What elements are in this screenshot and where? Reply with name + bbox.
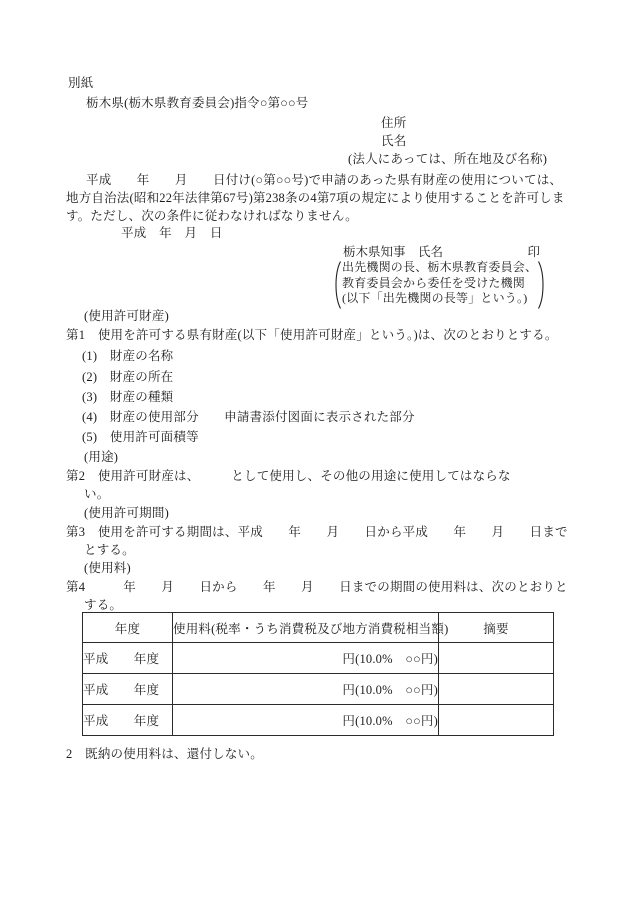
issuer-title-name: 栃木県知事 氏名	[343, 245, 443, 260]
left-paren-icon	[333, 260, 342, 310]
fee-table-header-year: 年度	[83, 613, 173, 643]
section3-text-line-1: 第3 使用を許可する期間は、平成 年 月 日から平成 年 月 日まで	[66, 525, 568, 540]
recipient-corporate-note: (法人にあっては、所在地及び名称)	[348, 152, 547, 167]
fee-note-cell	[439, 674, 554, 705]
issuer-row: 栃木県知事 氏名 印	[343, 245, 540, 260]
fee-table-header-row: 年度 使用料(税率・うち消費税及び地方消費税相当額) 摘要	[83, 613, 554, 643]
fee-table-row: 平成 年度 円(10.0% ○○円)	[83, 674, 554, 705]
fee-amount-cell: 円(10.0% ○○円)	[173, 674, 439, 705]
recipient-address-label: 住所	[381, 116, 406, 131]
section2-heading: (用途)	[84, 450, 118, 465]
fee-note-cell	[439, 705, 554, 736]
fee-table-row: 平成 年度 円(10.0% ○○円)	[83, 643, 554, 674]
section1-item-5: (5) 使用許可面積等	[82, 430, 199, 445]
section1-heading: (使用許可財産)	[84, 309, 169, 324]
issue-date-line: 平成 年 月 日	[121, 226, 223, 241]
fee-year-cell: 平成 年度	[83, 674, 173, 705]
issuer-note-line-1: 出先機関の長、栃木県教育委員会、	[342, 260, 537, 276]
fee-year-cell: 平成 年度	[83, 643, 173, 674]
seal-mark: 印	[527, 245, 540, 260]
fee-amount-cell: 円(10.0% ○○円)	[173, 705, 439, 736]
intro-line-3: す。ただし、次の条件に従わなければなりません。	[66, 209, 358, 224]
section2-text-line-1: 第2 使用許可財産は、 として使用し、その他の用途に使用してはならな	[66, 469, 511, 484]
fee-note-cell	[439, 643, 554, 674]
section4-text-line-2: する。	[84, 598, 122, 613]
section4-heading: (使用料)	[84, 561, 131, 576]
document-page: 別紙 栃木県(栃木県教育委員会)指令○第○○号 住所 氏名 (法人にあっては、所…	[0, 0, 630, 903]
intro-line-2: 地方自治法(昭和22年法律第67号)第238条の4第7項の規定により使用すること…	[66, 191, 565, 206]
section1-item-2: (2) 財産の所在	[82, 370, 173, 385]
fee-table-row: 平成 年度 円(10.0% ○○円)	[83, 705, 554, 736]
fee-table-header-note: 摘要	[439, 613, 554, 643]
section3-heading: (使用許可期間)	[84, 506, 169, 521]
right-paren-icon	[537, 260, 546, 310]
fee-year-cell: 平成 年度	[83, 705, 173, 736]
section3-text-line-2: とする。	[84, 543, 135, 558]
section1-item-1: (1) 財産の名称	[82, 349, 173, 364]
section4-text-line-1: 第4 年 月 日から 年 月 日までの期間の使用料は、次のとおりと	[66, 580, 568, 595]
fee-amount-cell: 円(10.0% ○○円)	[173, 643, 439, 674]
closing-note: 2 既納の使用料は、還付しない。	[66, 747, 263, 762]
directive-number: 栃木県(栃木県教育委員会)指令○第○○号	[86, 96, 308, 111]
fee-table-header-fee: 使用料(税率・うち消費税及び地方消費税相当額)	[173, 613, 439, 643]
section1-text: 第1 使用を許可する県有財産(以下「使用許可財産」という。)は、次のとおりとする…	[66, 328, 558, 343]
recipient-name-label: 氏名	[381, 134, 406, 149]
intro-line-1: 平成 年 月 日付け(○第○○号)で申請のあった県有財産の使用については、	[86, 173, 562, 188]
issuer-note-line-2: 教育委員会から委任を受けた機関	[342, 276, 537, 292]
issuer-note-line-3: (以下「出先機関の長等」という。)	[342, 291, 537, 307]
fee-table: 年度 使用料(税率・うち消費税及び地方消費税相当額) 摘要 平成 年度 円(10…	[82, 612, 554, 736]
issuer-note-bracket: 出先機関の長、栃木県教育委員会、 教育委員会から委任を受けた機関 (以下「出先機…	[333, 260, 546, 310]
issuer-note-text: 出先機関の長、栃木県教育委員会、 教育委員会から委任を受けた機関 (以下「出先機…	[342, 260, 537, 310]
attachment-label: 別紙	[68, 76, 93, 91]
section2-text-line-2: い。	[84, 487, 109, 502]
section1-item-4: (4) 財産の使用部分 申請書添付図面に表示された部分	[82, 410, 415, 425]
section1-item-3: (3) 財産の種類	[82, 390, 173, 405]
